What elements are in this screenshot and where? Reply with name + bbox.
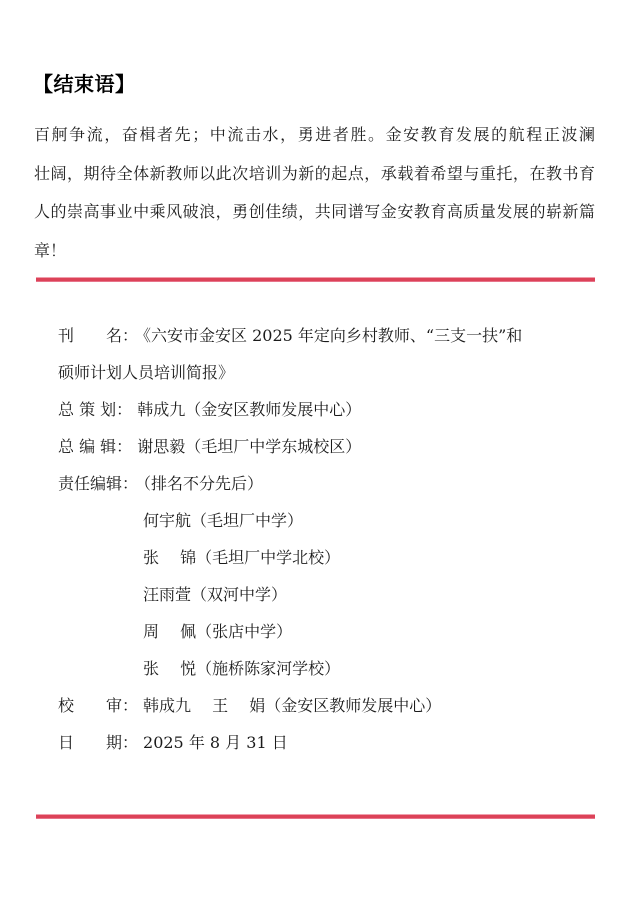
colophon-value: 何宇航（毛坦厂中学）	[138, 511, 303, 530]
colophon-entry: 总 策 划：韩成九（金安区教师发展中心）	[58, 391, 595, 428]
colophon-label: 总 编 辑：	[58, 437, 132, 456]
colophon-value: 汪雨萱（双河中学）	[138, 585, 287, 604]
colophon-label: 日 期：	[58, 733, 138, 752]
colophon-label: 校 审：	[58, 696, 138, 715]
colophon-label	[58, 622, 138, 641]
colophon-label: 责任编辑：	[58, 474, 138, 493]
colophon-entry: 周 佩（张店中学）	[58, 613, 595, 650]
colophon-value: 张 悦（施桥陈家河学校）	[138, 659, 340, 678]
colophon-label: 总 策 划：	[58, 400, 132, 419]
divider-rule-top	[36, 277, 595, 282]
closing-paragraph: 百舸争流，奋楫者先；中流击水，勇进者胜。金安教育发展的航程正波澜 壮阔，期待全体…	[34, 116, 595, 270]
document-page: 【结束语】 百舸争流，奋楫者先；中流击水，勇进者胜。金安教育发展的航程正波澜 壮…	[0, 0, 632, 902]
divider-rule-bottom	[36, 814, 595, 819]
colophon-entry: 张 悦（施桥陈家河学校）	[58, 650, 595, 687]
colophon-label	[58, 548, 138, 567]
colophon: 刊 名：《六安市金安区 2025 年定向乡村教师、“三支一扶”和 硕师计划人员培…	[58, 317, 595, 761]
colophon-value: 2025 年 8 月 31 日	[138, 733, 288, 752]
colophon-value: 张 锦（毛坦厂中学北校）	[138, 548, 340, 567]
paragraph-line: 百舸争流，奋楫者先；中流击水，勇进者胜。金安教育发展的航程正波澜	[34, 116, 595, 155]
colophon-value: （排名不分先后）	[138, 474, 263, 493]
colophon-label	[58, 511, 138, 530]
colophon-entry: 总 编 辑：谢思毅（毛坦厂中学东城校区）	[58, 428, 595, 465]
colophon-label	[58, 659, 138, 678]
colophon-label: 刊 名：	[58, 326, 138, 345]
colophon-value: 周 佩（张店中学）	[138, 622, 292, 641]
paragraph-line: 章！	[34, 232, 595, 271]
section-heading: 【结束语】	[33, 72, 136, 96]
colophon-entry: 张 锦（毛坦厂中学北校）	[58, 539, 595, 576]
colophon-entry: 责任编辑：（排名不分先后）	[58, 465, 595, 502]
colophon-entry: 何宇航（毛坦厂中学）	[58, 502, 595, 539]
colophon-value: 谢思毅（毛坦厂中学东城校区）	[132, 437, 361, 456]
colophon-value: 韩成九（金安区教师发展中心）	[132, 400, 361, 419]
paragraph-line: 壮阔，期待全体新教师以此次培训为新的起点，承载着希望与重托，在教书育	[34, 155, 595, 194]
colophon-entry: 日 期：2025 年 8 月 31 日	[58, 724, 595, 761]
colophon-value: 韩成九 王 娟（金安区教师发展中心）	[138, 696, 441, 715]
colophon-entry: 刊 名：《六安市金安区 2025 年定向乡村教师、“三支一扶”和 硕师计划人员培…	[58, 317, 595, 391]
colophon-label	[58, 585, 138, 604]
colophon-entry: 汪雨萱（双河中学）	[58, 576, 595, 613]
colophon-entry: 校 审：韩成九 王 娟（金安区教师发展中心）	[58, 687, 595, 724]
paragraph-line: 人的崇高事业中乘风破浪，勇创佳绩，共同谱写金安教育高质量发展的崭新篇	[34, 193, 595, 232]
